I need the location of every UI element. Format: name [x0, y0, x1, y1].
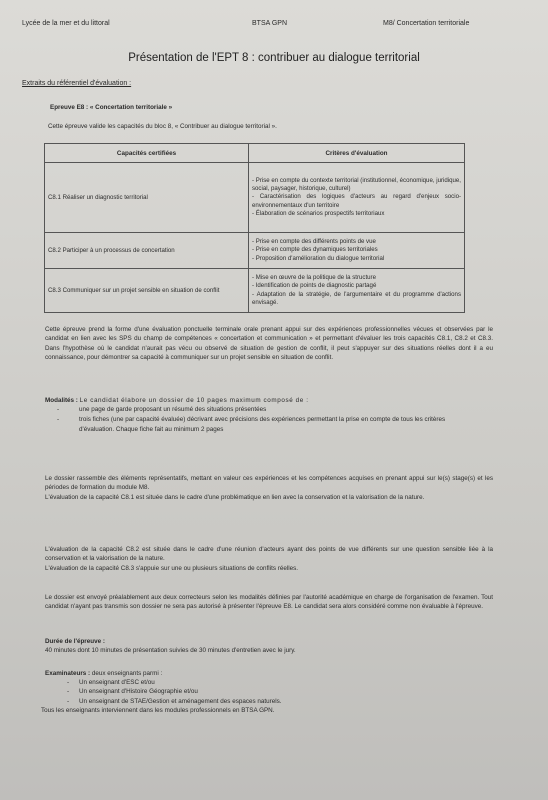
list-item: - Un enseignant de STAE/Gestion et aména…	[79, 697, 493, 706]
capacity-cell: C8.2 Participer à un processus de concer…	[45, 233, 249, 269]
list-item-text: Un enseignant d'ESC et/ou	[79, 679, 155, 686]
criterion: - Identification de points de diagnostic…	[252, 282, 461, 290]
section-title: Extraits du référentiel d'évaluation :	[22, 80, 131, 87]
column-header-criteria: Critères d'évaluation	[249, 144, 465, 163]
capacity-cell: C8.1 Réaliser un diagnostic territorial	[45, 163, 249, 233]
column-header-capacities: Capacités certifiées	[45, 144, 249, 163]
criteria-cell: - Prise en compte du contexte territoria…	[249, 163, 465, 233]
duree-text: 40 minutes dont 10 minutes de présentati…	[45, 646, 493, 655]
criterion: - Mise en œuvre de la politique de la st…	[252, 274, 461, 282]
header-program: BTSA GPN	[252, 20, 287, 27]
modalites-list: - une page de garde proposant un résumé …	[79, 405, 464, 435]
examinateurs-text: deux enseignants parmi :	[92, 670, 162, 677]
criterion: - Prise en compte du contexte territoria…	[252, 177, 461, 193]
criteria-table: Capacités certifiées Critères d'évaluati…	[44, 143, 465, 313]
paragraph-text: L'évaluation de la capacité C8.1 est sit…	[45, 493, 493, 502]
table-row: C8.3 Communiquer sur un projet sensible …	[45, 269, 465, 313]
epreuve-intro: Cette épreuve valide les capacités du bl…	[48, 123, 277, 130]
dash-bullet: -	[57, 415, 59, 426]
paragraph-text: Le dossier rassemble des éléments représ…	[45, 474, 493, 493]
dash-bullet: -	[67, 678, 69, 687]
duree-label: Durée de l'épreuve :	[45, 637, 493, 646]
examinateurs-intro: Examinateurs : deux enseignants parmi :	[45, 669, 493, 678]
header-school: Lycée de la mer et du littoral	[22, 20, 110, 27]
modalites-text: Le candidat élabore un dossier de 10 pag…	[80, 397, 309, 404]
paragraph-envoi: Le dossier est envoyé préalablement aux …	[45, 593, 493, 612]
list-item-text: trois fiches (une par capacité évaluée) …	[79, 416, 445, 434]
criterion: - Élaboration de scénarios prospectifs t…	[252, 210, 461, 218]
criteria-cell: - Prise en compte des différents points …	[249, 233, 465, 269]
criteria-cell: - Mise en œuvre de la politique de la st…	[249, 269, 465, 313]
criterion: - Caractérisation des logiques d'acteurs…	[252, 193, 461, 209]
dash-bullet: -	[67, 687, 69, 696]
paragraph-forme: Cette épreuve prend la forme d'une évalu…	[45, 325, 493, 363]
criterion: - Prise en compte des différents points …	[252, 238, 461, 246]
list-item-text: Un enseignant de STAE/Gestion et aménage…	[79, 698, 282, 705]
criterion: - Proposition d'amélioration du dialogue…	[252, 255, 461, 263]
list-item-text: Un enseignant d'Histoire Géographie et/o…	[79, 688, 198, 695]
document-page: Lycée de la mer et du littoral BTSA GPN …	[0, 0, 548, 800]
dash-bullet: -	[57, 405, 59, 414]
paragraph-text: Cette épreuve prend la forme d'une évalu…	[45, 325, 493, 363]
examinateurs-block: Examinateurs : deux enseignants parmi : …	[45, 669, 493, 715]
duree-block: Durée de l'épreuve : 40 minutes dont 10 …	[45, 637, 493, 656]
table-header-row: Capacités certifiées Critères d'évaluati…	[45, 144, 465, 163]
examinateurs-list: - Un enseignant d'ESC et/ou - Un enseign…	[79, 678, 493, 706]
paragraph-dossier: Le dossier rassemble des éléments représ…	[45, 474, 493, 502]
list-item-text: une page de garde proposant un résumé de…	[79, 406, 266, 413]
list-item: - Un enseignant d'ESC et/ou	[79, 678, 493, 687]
dash-bullet: -	[67, 697, 69, 706]
header-module: M8/ Concertation territoriale	[383, 20, 469, 27]
page-title: Présentation de l'EPT 8 : contribuer au …	[0, 52, 548, 64]
paragraph-c82-c83: L'évaluation de la capacité C8.2 est sit…	[45, 545, 493, 573]
examinateurs-footer: Tous les enseignants interviennent dans …	[41, 706, 493, 715]
paragraph-text: Le dossier est envoyé préalablement aux …	[45, 593, 493, 612]
paragraph-text: L'évaluation de la capacité C8.3 s'appui…	[45, 564, 493, 573]
list-item: - une page de garde proposant un résumé …	[79, 405, 464, 414]
capacity-cell: C8.3 Communiquer sur un projet sensible …	[45, 269, 249, 313]
modalites-intro: Modalités : Le candidat élabore un dossi…	[45, 396, 493, 405]
examinateurs-label: Examinateurs :	[45, 670, 90, 677]
list-item: - Un enseignant d'Histoire Géographie et…	[79, 687, 493, 696]
criterion: - Adaptation de la stratégie, de l'argum…	[252, 291, 461, 307]
modalites-label: Modalités :	[45, 397, 78, 404]
epreuve-label: Epreuve E8 : « Concertation territoriale…	[50, 104, 172, 111]
table-row: C8.1 Réaliser un diagnostic territorial …	[45, 163, 465, 233]
criterion: - Prise en compte des dynamiques territo…	[252, 246, 461, 254]
list-item: - trois fiches (une par capacité évaluée…	[79, 415, 464, 436]
table-row: C8.2 Participer à un processus de concer…	[45, 233, 465, 269]
paragraph-text: L'évaluation de la capacité C8.2 est sit…	[45, 545, 493, 564]
modalites-block: Modalités : Le candidat élabore un dossi…	[45, 396, 493, 436]
